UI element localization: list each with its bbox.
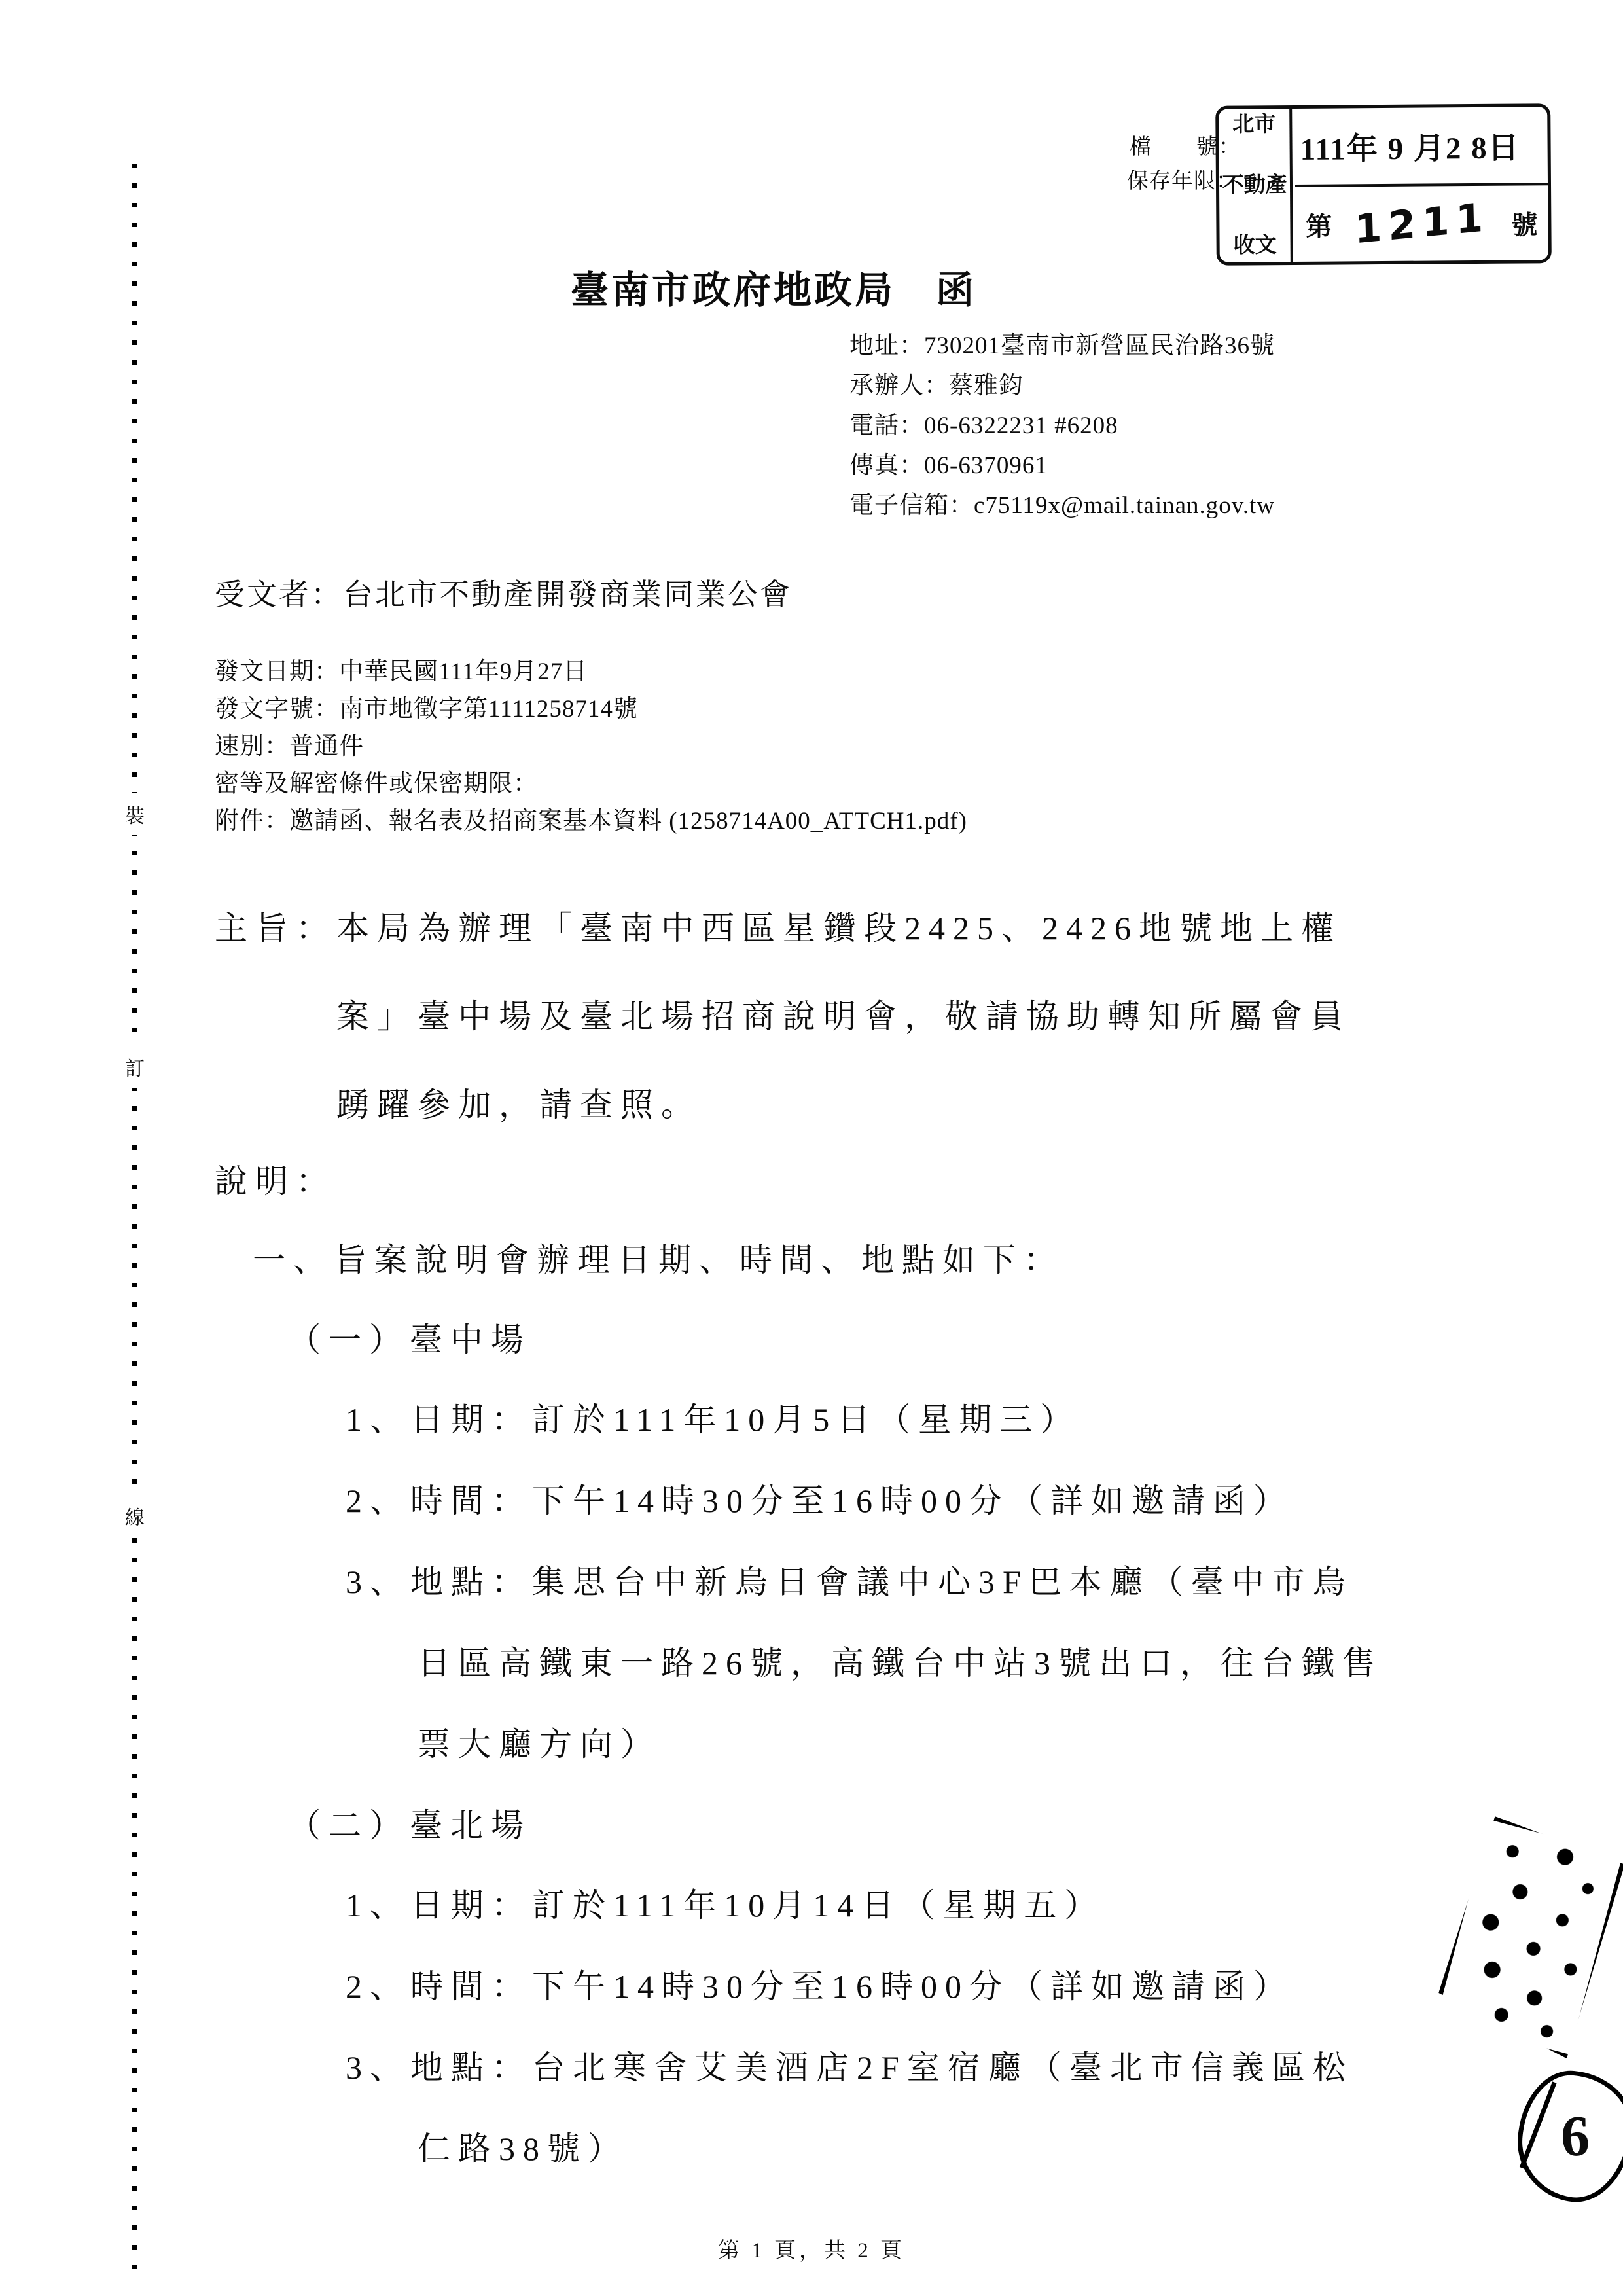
explanation-item-1: 一、旨案說明會辦理日期、時間、地點如下：: [253, 1234, 1064, 1281]
contact-email: 電子信箱：c75119x@mail.tainan.gov.tw: [849, 486, 1275, 526]
subject-lines: 本局為辦理「臺南中西區星鑽段2425、2426地號地上權 案」臺中場及臺北場招商…: [336, 902, 1351, 1167]
subject-line: 踴躍參加，請查照。: [336, 1079, 1351, 1167]
receipt-stamp-org-line: 北市: [1220, 114, 1288, 136]
binding-dotted-line: [132, 164, 137, 2284]
document-meta-block: 發文日期：中華民國111年9月27日 發文字號：南市地徵字第1111258714…: [215, 653, 967, 840]
security-class-line: 密等及解密條件或保密期限：: [215, 765, 967, 802]
taipei-place-line: 仁路38號）: [418, 2123, 628, 2170]
document-title: 臺南市政府地政局 函: [571, 259, 976, 314]
agency-contact-block: 地址：730201臺南市新營區民治路36號 承辦人：蔡雅鈞 電話：06-6322…: [849, 326, 1275, 526]
recipient-line: 受文者：台北市不動產開發商業同業公會: [215, 571, 792, 614]
taichung-date-line: 1、日期：訂於111年10月5日（星期三）: [346, 1393, 1080, 1441]
binding-mark-zhuang: 裝: [124, 793, 145, 835]
receipt-stamp-number-row: 第 1211 號: [1295, 185, 1548, 262]
receipt-number-suffix: 號: [1511, 204, 1537, 242]
receipt-number-prefix: 第: [1306, 206, 1332, 243]
receipt-stamp-box: 北市 不動產 收文 111年 9 月2 8日 第 1211 號: [1215, 103, 1552, 266]
attachment-line: 附件：邀請函、報名表及招商案基本資料 (1258714A00_ATTCH1.pd…: [215, 802, 967, 840]
binding-mark-ding: 訂: [124, 1046, 145, 1088]
issue-date-line: 發文日期：中華民國111年9月27日: [215, 653, 967, 691]
contact-fax: 傳真：06-6370961: [849, 446, 1275, 486]
subject-line: 案」臺中場及臺北場招商說明會，敬請協助轉知所屬會員: [336, 990, 1351, 1079]
explanation-label: 說明：: [215, 1155, 336, 1202]
subject-label: 主旨：: [215, 902, 336, 1167]
receipt-stamp-org-column: 北市 不動產 收文: [1219, 109, 1293, 262]
taipei-heading: （二）臺北場: [288, 1799, 531, 1846]
doc-number-line: 發文字號：南市地徵字第1111258714號: [215, 691, 967, 728]
subject-line: 本局為辦理「臺南中西區星鑽段2425、2426地號地上權: [336, 902, 1351, 990]
taipei-time-line: 2、時間：下午14時30分至16時00分（詳如邀請函）: [346, 1960, 1294, 2007]
receipt-stamp-org-line: 不動產: [1221, 175, 1289, 197]
contact-phone: 電話：06-6322231 #6208: [849, 406, 1275, 446]
speed-class-line: 速別：普通件: [215, 728, 967, 765]
taichung-place-line: 日區高鐵東一路26號，高鐵台中站3號出口，往台鐵售: [418, 1637, 1383, 1684]
taichung-heading: （一）臺中場: [288, 1314, 531, 1361]
stamp-digit: 6: [1560, 2104, 1590, 2170]
contact-person: 承辦人：蔡雅鈞: [849, 366, 1275, 406]
ink-stamp-blob: 6: [1511, 2065, 1623, 2208]
ink-stamp-smudged: [1431, 1814, 1623, 2060]
page-footer: 第 1 頁，共 2 頁: [0, 2233, 1623, 2264]
subject-block: 主旨： 本局為辦理「臺南中西區星鑽段2425、2426地號地上權 案」臺中場及臺…: [215, 902, 1351, 1167]
receipt-number-handwritten: 1211: [1354, 194, 1490, 253]
taipei-place-line: 3、地點：台北寒舍艾美酒店2F室宿廳（臺北市信義區松: [346, 2041, 1353, 2089]
taichung-place-line: 3、地點：集思台中新烏日會議中心3F巴本廳（臺中市烏: [346, 1556, 1353, 1603]
scanned-official-letter-page: 檔 號： 保存年限： 北市 不動產 收文 111年 9 月2 8日 第 1211…: [0, 0, 1623, 2296]
taichung-place-line: 票大廳方向）: [418, 1718, 661, 1765]
binding-mark-xian: 線: [124, 1495, 145, 1537]
agency-address: 地址：730201臺南市新營區民治路36號: [849, 326, 1275, 366]
taichung-time-line: 2、時間：下午14時30分至16時00分（詳如邀請函）: [346, 1475, 1294, 1522]
taipei-date-line: 1、日期：訂於111年10月14日（星期五）: [346, 1879, 1105, 1926]
receipt-stamp-date: 111年 9 月2 8日: [1294, 107, 1548, 187]
receipt-stamp-org-line: 收文: [1221, 235, 1289, 257]
